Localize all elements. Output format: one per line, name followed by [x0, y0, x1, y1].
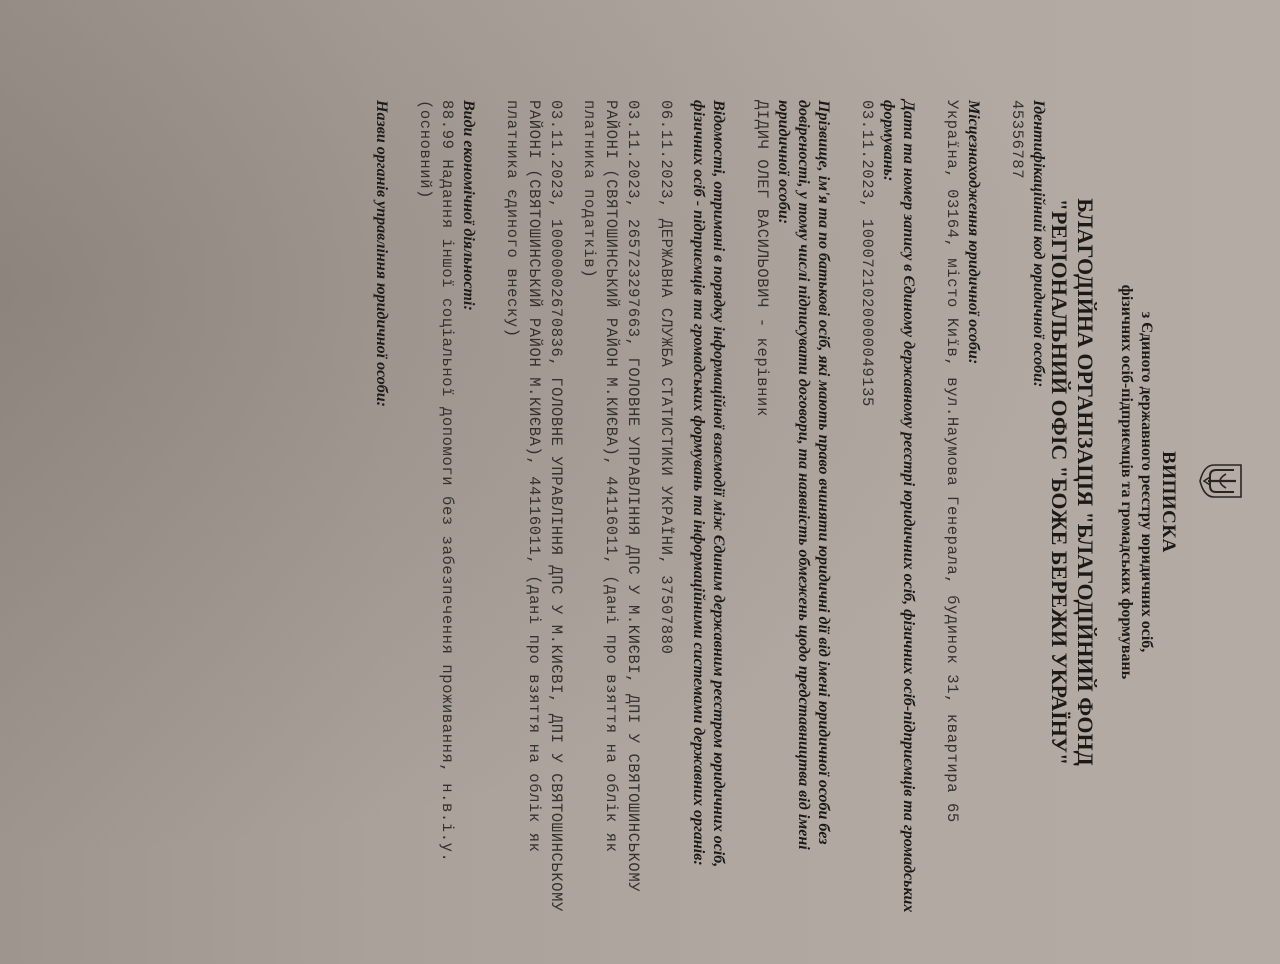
signatories-label: Прізвище, ім'я та по батькові осіб, які … [773, 100, 833, 924]
section-signatories: Прізвище, ім'я та по батькові осіб, які … [751, 100, 833, 924]
activities-label: Види економічної діяльності: [458, 100, 478, 924]
location-label: Місцезнаходження юридичної особи: [963, 100, 983, 924]
id-code-label: Ідентифікаційний код юридичної особи: [1028, 100, 1048, 924]
activities-value: 88.99 Надання іншої соціальної допомоги … [414, 100, 458, 924]
info-exchange-entry: 03.11.2023, 265723297663, ГОЛОВНЕ УПРАВЛ… [578, 100, 644, 924]
document-subtitle-line2: фізичних осіб-підприємців та громадських… [1116, 0, 1136, 964]
organization-name-line2: "РЕГІОНАЛЬНИЙ ОФІС "БОЖЕ БЕРЕЖИ УКРАЇНУ" [1046, 0, 1072, 964]
organization-name-line1: БЛАГОДІЙНА ОРГАНІЗАЦІЯ "БЛАГОДІЙНИЙ ФОНД [1072, 0, 1098, 964]
document-header: ВИПИСКА з Єдиного державного реєстру юри… [1046, 0, 1180, 964]
section-info-exchange: Відомості, отримані в порядку інформацій… [501, 100, 728, 924]
document-body: Ідентифікаційний код юридичної особи: 45… [348, 100, 1048, 924]
document-subtitle-line1: з Єдиного державного реєстру юридичних о… [1136, 0, 1156, 964]
registration-value: 03.11.2023, 1000721020000049135 [856, 100, 878, 924]
section-activities: Види економічної діяльності: 88.99 Надан… [414, 100, 478, 924]
section-location: Місцезнаходження юридичної особи: Україн… [941, 100, 983, 924]
location-value: Україна, 03164, місто Київ, вул.Наумова … [941, 100, 963, 924]
governance-label: Назви органів управління юридичної особи… [371, 100, 391, 924]
document-page: ВИПИСКА з Єдиного державного реєстру юри… [0, 0, 1280, 964]
id-code-value: 45356787 [1006, 100, 1028, 924]
section-governance: Назви органів управління юридичної особи… [371, 100, 391, 924]
section-id-code: Ідентифікаційний код юридичної особи: 45… [1006, 100, 1048, 924]
signatories-value: ДІДИЧ ОЛЕГ ВАСИЛЬОВИЧ - керівник [751, 100, 773, 924]
info-exchange-label: Відомості, отримані в порядку інформацій… [688, 100, 728, 924]
trident-emblem-icon [1198, 462, 1244, 500]
section-registration: Дата та номер запису в Єдиному державном… [856, 100, 918, 924]
info-exchange-entry: 03.11.2023, 10000002670836, ГОЛОВНЕ УПРА… [501, 100, 567, 924]
document-title: ВИПИСКА [1156, 0, 1180, 964]
registration-label: Дата та номер запису в Єдиному державном… [878, 100, 918, 924]
info-exchange-entry: 06.11.2023, ДЕРЖАВНА СЛУЖБА СТАТИСТИКИ У… [655, 100, 677, 924]
